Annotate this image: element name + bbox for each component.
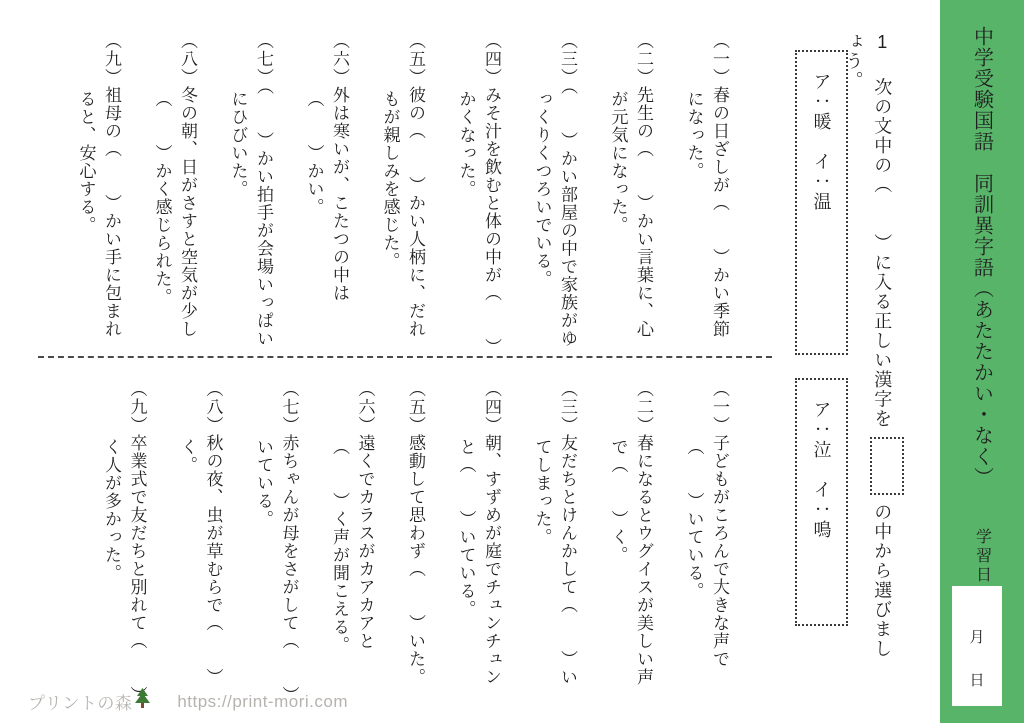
instruction-before-box: 次の文中の（ ）に入る正しい漢字を [872, 78, 892, 429]
question-number: （四） [482, 32, 501, 86]
question-text: 卒業式で友だちと別れて（ ）く人が多かった。 [102, 434, 147, 696]
day-label: 日 [969, 669, 984, 690]
instruction-number: 1 [872, 32, 892, 78]
question-number: （九） [102, 32, 121, 86]
question-text: 赤ちゃんが母をさがして（ ）いている。 [254, 434, 299, 696]
answer-choices-label: ア：泣 イ：鳴 [809, 400, 835, 540]
question-text: 朝、すずめが庭でチュンチュンと（ ）いている。 [457, 434, 502, 686]
question-item: （五）彼の（ ）かい人柄に、だれもが親しみを感じた。 [377, 32, 428, 354]
question-item: （五）感動して思わず（ ）いた。 [403, 380, 429, 700]
question-item: （八）秋の夜、虫が草むらで（ ）く。 [175, 380, 226, 700]
question-text: 子どもがころんで大きな声で（ ）いている。 [685, 434, 730, 668]
question-number: （八） [178, 32, 197, 86]
question-text: 祖母の（ ）かい手に包まれると、安心する。 [77, 86, 122, 338]
month-label: 月 [969, 626, 984, 647]
question-text: 先生の（ ）かい言葉に、心が元気になった。 [609, 86, 654, 338]
question-item: （六）遠くでカラスがカアカアと（ ）く声が聞こえる。 [327, 380, 378, 700]
question-text: 春の日ざしが（ ）かい季節になった。 [685, 86, 730, 338]
question-section-naku: （一）子どもがころんで大きな声で（ ）いている。 （二）春になるとウグイスが美し… [42, 380, 732, 700]
question-number: （六） [356, 380, 375, 434]
question-item: （八）冬の朝、日がさすと空気が少し（ ）かく感じられた。 [149, 32, 200, 354]
question-number: （一） [710, 380, 729, 434]
question-item: （三）（ ）かい部屋の中で家族がゆっくりくつろいでいる。 [529, 32, 580, 354]
date-fill-in-box: 月 日 [952, 586, 1002, 706]
question-number: （五） [406, 32, 425, 86]
question-number: （六） [330, 32, 349, 86]
question-item: （七）（ ）かい拍手が会場いっぱいにひびいた。 [225, 32, 276, 354]
question-item: （三）友だちとけんかして（ ）いてしまった。 [529, 380, 580, 700]
question-number: （九） [128, 380, 147, 434]
question-item: （九）卒業式で友だちと別れて（ ）く人が多かった。 [99, 380, 150, 700]
question-number: （八） [204, 380, 223, 434]
question-item: （二）先生の（ ）かい言葉に、心が元気になった。 [605, 32, 656, 354]
question-number: （五） [406, 380, 425, 434]
question-text: 外は寒いが、こたつの中は（ ）かい。 [305, 86, 350, 302]
question-item: （四）朝、すずめが庭でチュンチュンと（ ）いている。 [453, 380, 504, 700]
question-item: （一）春の日ざしが（ ）かい季節になった。 [681, 32, 732, 354]
question-number: （二） [634, 380, 653, 434]
worksheet-page: （一）春の日ざしが（ ）かい季節になった。 （二）先生の（ ）かい言葉に、心が元… [0, 0, 1024, 723]
question-number: （三） [558, 380, 577, 434]
question-item: （二）春になるとウグイスが美しい声で（ ）く。 [605, 380, 656, 700]
question-text: 春になるとウグイスが美しい声で（ ）く。 [609, 434, 654, 686]
question-text: 遠くでカラスがカアカアと（ ）く声が聞こえる。 [330, 434, 375, 654]
instruction-text: 1次の文中の（ ）に入る正しい漢字をの中から選びましょう。 [839, 32, 904, 677]
question-text: みそ汁を飲むと体の中が（ ）かくなった。 [457, 86, 502, 348]
question-number: （三） [558, 32, 577, 86]
question-number: （一） [710, 32, 729, 86]
question-number: （七） [254, 32, 273, 86]
answer-choices-label: ア：暖 イ：温 [809, 72, 835, 212]
question-section-atatakai: （一）春の日ざしが（ ）かい季節になった。 （二）先生の（ ）かい言葉に、心が元… [42, 32, 732, 354]
worksheet-title: 中学受験国語 同訓異字語（あたたかい・なく） [968, 26, 997, 488]
choices-box-placeholder-icon [870, 437, 904, 495]
question-text: 冬の朝、日がさすと空気が少し（ ）かく感じられた。 [153, 86, 198, 338]
question-item: （九）祖母の（ ）かい手に包まれると、安心する。 [73, 32, 124, 354]
footer: プリントの森 https://print-mori.com [28, 688, 348, 715]
study-date-label: 学習日 [971, 528, 994, 585]
question-item: （一）子どもがころんで大きな声で（ ）いている。 [681, 380, 732, 700]
question-text: 友だちとけんかして（ ）いてしまった。 [533, 434, 578, 686]
question-item: （六）外は寒いが、こたつの中は（ ）かい。 [301, 32, 352, 354]
site-name: プリントの森 [28, 689, 132, 714]
question-text: 感動して思わず（ ）いた。 [406, 434, 425, 686]
question-item: （四）みそ汁を飲むと体の中が（ ）かくなった。 [453, 32, 504, 354]
question-number: （二） [634, 32, 653, 86]
tree-icon [134, 688, 151, 713]
question-text: （ ）かい拍手が会場いっぱいにひびいた。 [229, 86, 274, 348]
title-banner: 中学受験国語 同訓異字語（あたたかい・なく） 学習日 月 日 [940, 0, 1024, 723]
question-text: 彼の（ ）かい人柄に、だれもが親しみを感じた。 [381, 86, 426, 338]
section-divider [38, 356, 772, 358]
site-url: https://print-mori.com [177, 692, 348, 712]
question-number: （四） [482, 380, 501, 434]
question-text: 秋の夜、虫が草むらで（ ）く。 [178, 434, 223, 686]
question-item: （七）赤ちゃんが母をさがして（ ）いている。 [251, 380, 302, 700]
question-text: （ ）かい部屋の中で家族がゆっくりくつろいでいる。 [533, 86, 578, 348]
question-number: （七） [280, 380, 299, 434]
